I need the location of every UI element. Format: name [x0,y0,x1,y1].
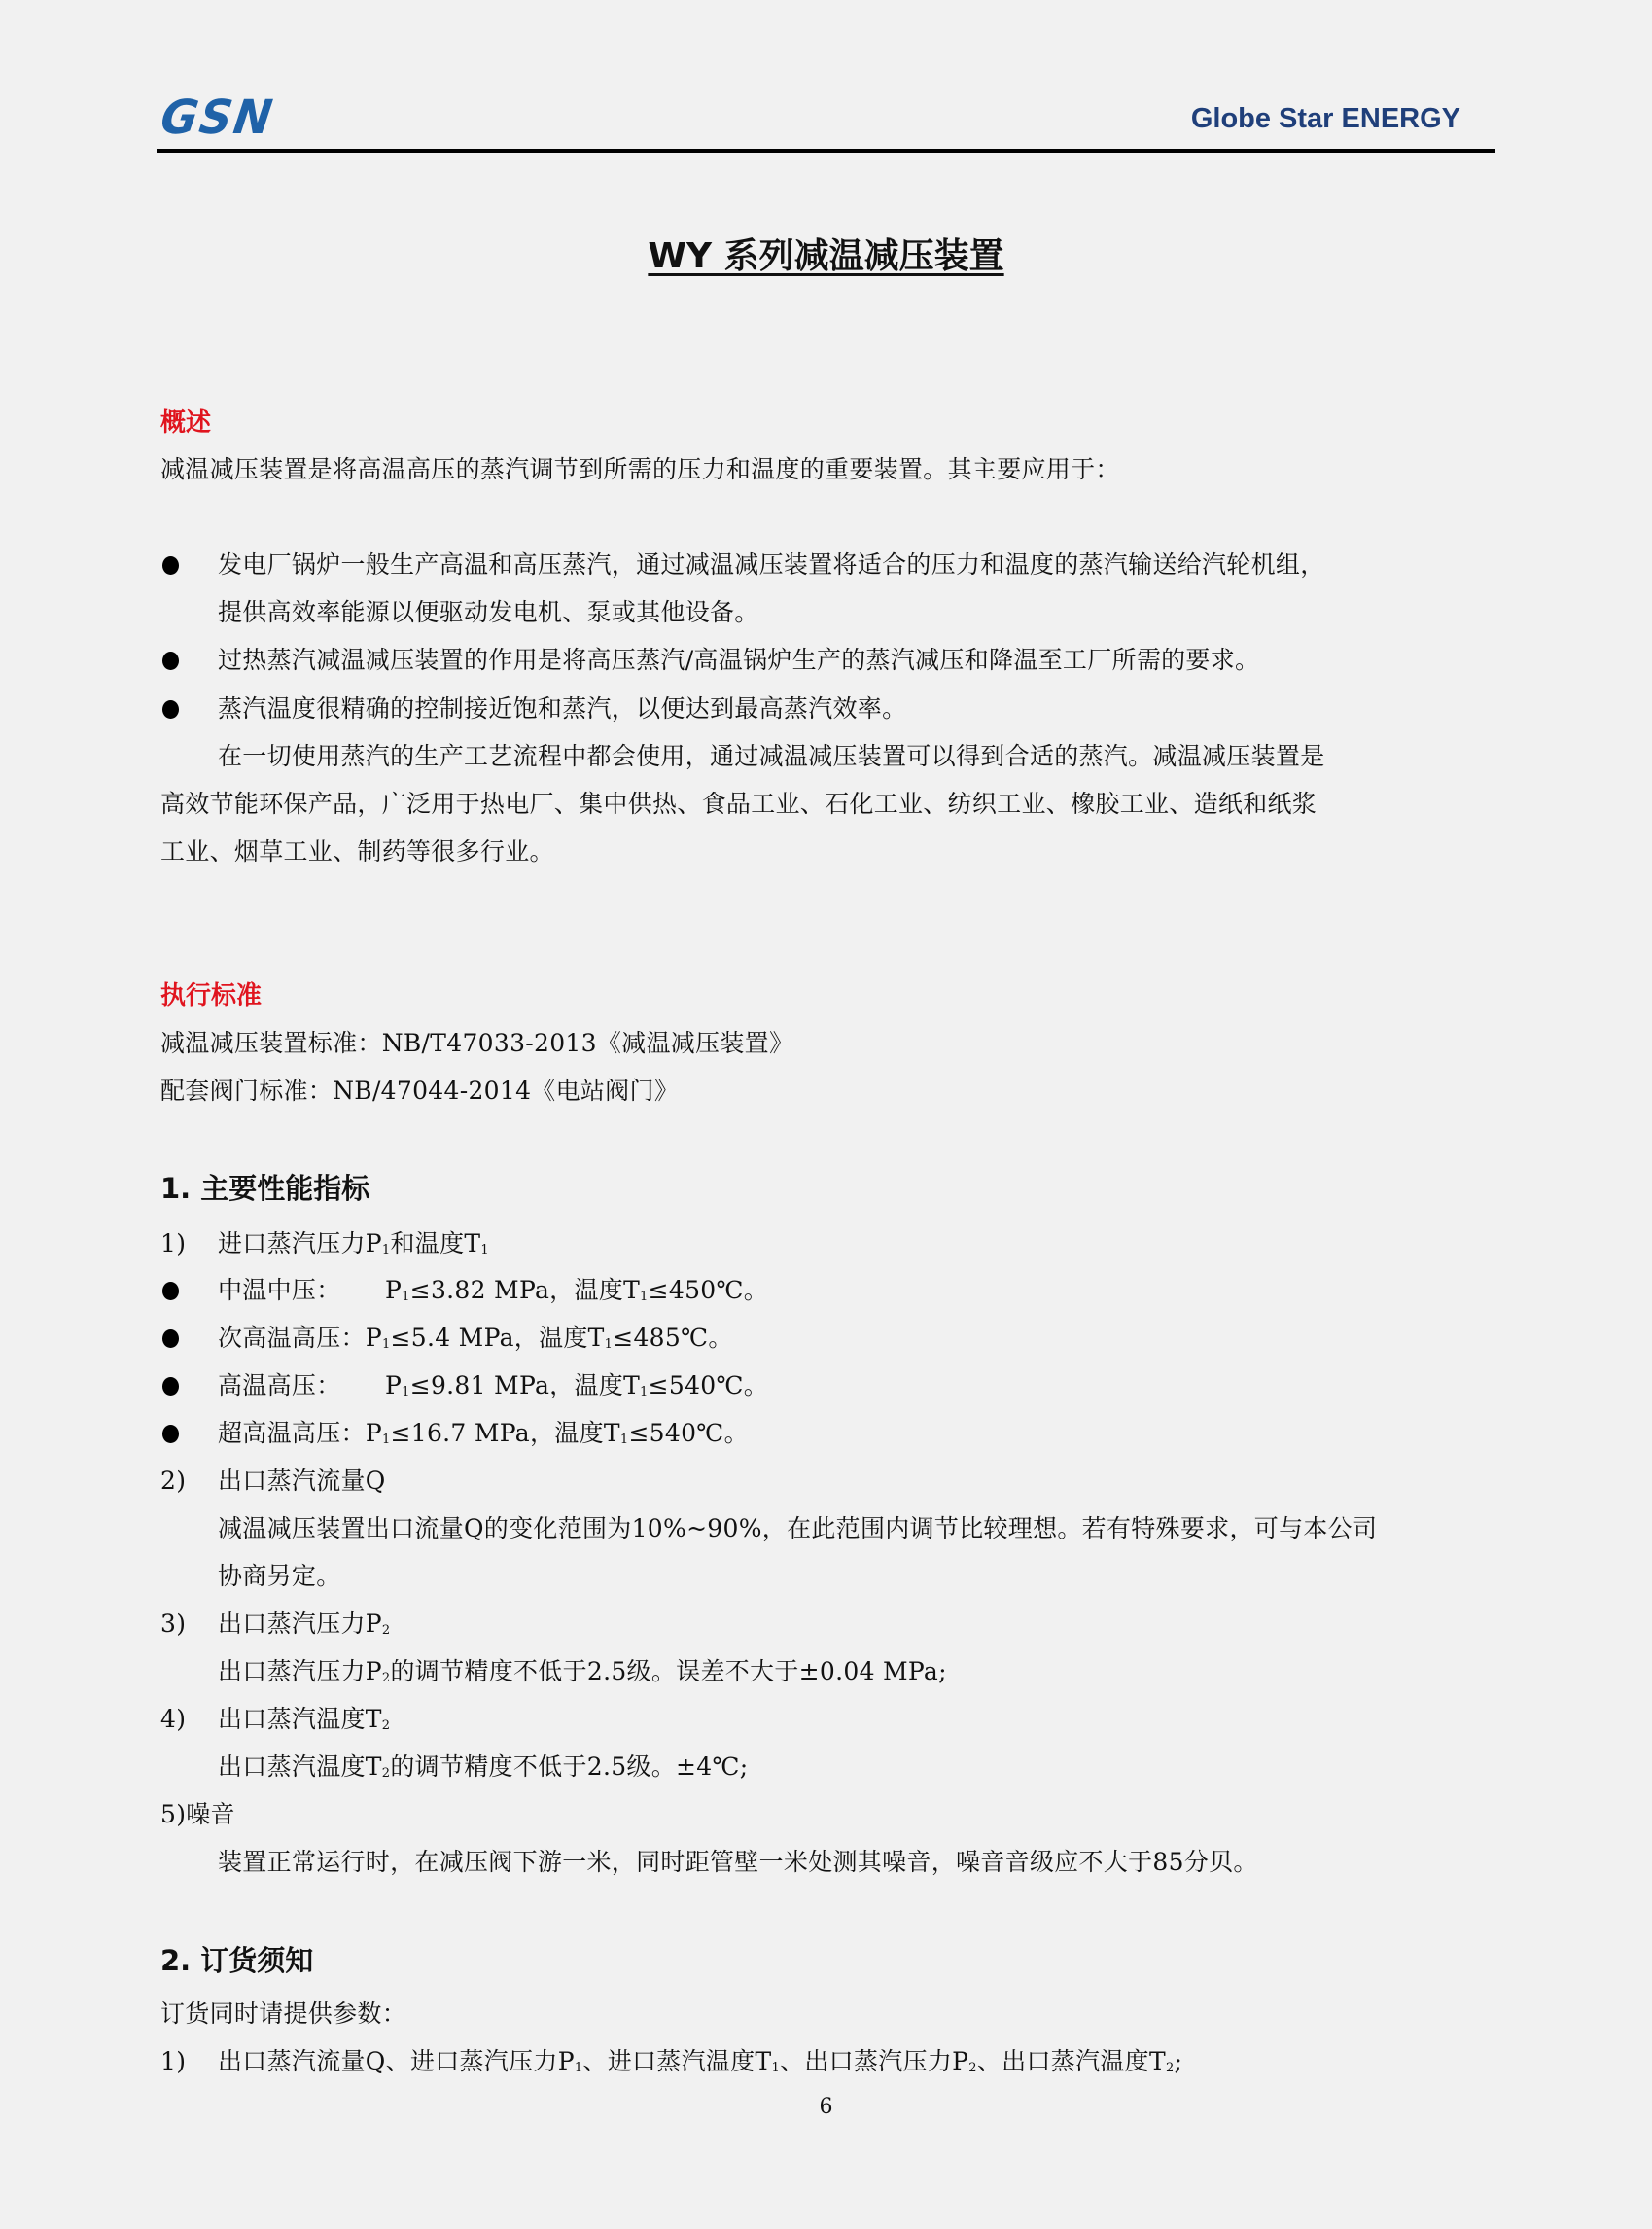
param-text: 出口蒸汽流量Q、进口蒸汽压力P [218,2047,575,2075]
subscript: 1 [605,1337,614,1352]
subscript: 1 [402,1385,410,1399]
overview-paragraph-line-2: 高效节能环保产品，广泛用于热电厂、集中供热、食品工业、石化工业、纺织工业、橡胶工… [160,788,1317,821]
bullet-icon [162,1282,179,1300]
bullet-icon [162,1425,179,1443]
item-label: 出口蒸汽温度T [218,1705,382,1733]
desc-text: 的调节精度不低于2.5级。误差不大于±0.04 MPa; [391,1657,947,1685]
item-4-outlet-temperature: 4)出口蒸汽温度T2 [160,1703,390,1736]
param-text: 、进口蒸汽温度T [582,2047,771,2075]
grade-t-value: ≤540℃。 [649,1371,768,1399]
grade-row: 次高温高压：P1≤5.4 MPa，温度T1≤485℃。 [218,1322,733,1355]
document-title-text: WY 系列减温减压装置 [648,236,1003,276]
grade-row: 超高温高压：P1≤16.7 MPa，温度T1≤540℃。 [218,1417,749,1450]
order-item-1: 1)出口蒸汽流量Q、进口蒸汽压力P1、进口蒸汽温度T1、出口蒸汽压力P2、出口蒸… [160,2045,1182,2078]
item-2-outlet-flow: 2)出口蒸汽流量Q [160,1465,386,1498]
grade-p: P [366,1324,382,1352]
item-label: 和温度T [391,1229,481,1257]
subscript: 1 [382,1243,391,1257]
bullet-icon [162,1377,179,1396]
subscript: 1 [640,1290,649,1304]
item-3-outlet-pressure: 3)出口蒸汽压力P2 [160,1608,391,1641]
grade-p-value: ≤3.82 MPa，温度T [410,1276,640,1304]
param-text: ; [1175,2047,1183,2075]
bullet-icon [162,556,179,575]
grade-t-value: ≤540℃。 [628,1419,748,1447]
gsn-logo: GSN [158,92,276,141]
grade-t-value: ≤450℃。 [649,1276,768,1304]
section-1-heading: 1. 主要性能指标 [160,1170,369,1207]
subscript: 2 [968,2061,977,2075]
item-5-noise: 5)噪音 [160,1798,235,1831]
subscript: 1 [771,2061,780,2075]
grade-name: 超高温高压： [218,1419,366,1447]
page-number: 6 [0,2093,1652,2122]
overview-heading: 概述 [160,407,211,440]
grade-name: 高温高压： [218,1369,385,1402]
item-4-desc: 出口蒸汽温度T2的调节精度不低于2.5级。±4℃; [218,1751,748,1784]
item-number: 4) [160,1703,218,1736]
standards-heading: 执行标准 [160,979,262,1012]
grade-row: 中温中压：P1≤3.82 MPa，温度T1≤450℃。 [218,1274,768,1307]
bullet-2: 过热蒸汽减温减压装置的作用是将高压蒸汽/高温锅炉生产的蒸汽减压和降温至工厂所需的… [218,644,1259,677]
desc-text: 出口蒸汽温度T [218,1752,382,1781]
bullet-icon [162,652,179,670]
document-title: WY 系列减温减压装置 [0,233,1652,280]
desc-text: 的调节精度不低于2.5级。±4℃; [390,1752,748,1781]
desc-text: 出口蒸汽压力P [218,1657,382,1685]
grade-row: 高温高压：P1≤9.81 MPa，温度T1≤540℃。 [218,1369,768,1402]
overview-paragraph-line-1: 在一切使用蒸汽的生产工艺流程中都会使用，通过减温减压装置可以得到合适的蒸汽。减温… [218,740,1325,773]
bullet-icon [162,700,179,719]
subscript: 2 [1166,2061,1175,2075]
param-text: 、出口蒸汽温度T [977,2047,1166,2075]
subscript: 1 [640,1385,649,1399]
item-3-desc: 出口蒸汽压力P2的调节精度不低于2.5级。误差不大于±0.04 MPa; [218,1655,947,1688]
subscript: 1 [382,1337,391,1352]
grade-p: P [366,1419,382,1447]
item-number: 1) [160,1227,218,1260]
item-number: 2) [160,1465,218,1498]
item-label: 出口蒸汽压力P [218,1610,382,1638]
grade-p-value: ≤9.81 MPa，温度T [410,1371,640,1399]
grade-name: 中温中压： [218,1274,385,1307]
param-text: 、出口蒸汽压力P [780,2047,968,2075]
grade-p: P [385,1371,402,1399]
standard-line-2: 配套阀门标准：NB/47044-2014《电站阀门》 [160,1075,679,1108]
item-1-inlet: 1)进口蒸汽压力P1和温度T1 [160,1227,489,1260]
subscript: 1 [402,1290,410,1304]
subscript: 2 [382,1671,391,1685]
grade-p: P [385,1276,402,1304]
grade-name: 次高温高压： [218,1324,366,1352]
item-number: 3) [160,1608,218,1641]
section-2-heading: 2. 订货须知 [160,1942,313,1979]
standard-line-1: 减温减压装置标准：NB/T47033-2013《减温减压装置》 [160,1027,793,1060]
item-number: 1) [160,2045,218,2078]
grade-p-value: ≤5.4 MPa，温度T [391,1324,605,1352]
subscript: 1 [480,1243,489,1257]
overview-intro: 减温减压装置是将高温高压的蒸汽调节到所需的压力和温度的重要装置。其主要应用于： [160,453,1120,486]
grade-p-value: ≤16.7 MPa，温度T [391,1419,620,1447]
item-label: 进口蒸汽压力P [218,1229,382,1257]
bullet-1-line-1: 发电厂锅炉一般生产高温和高压蒸汽，通过减温减压装置将适合的压力和温度的蒸汽输送给… [218,548,1325,582]
item-2-desc-line-2: 协商另定。 [218,1560,341,1593]
subscript: 2 [382,1623,391,1638]
subscript: 1 [382,1433,391,1447]
order-intro: 订货同时请提供参数： [160,1998,406,2031]
item-5-desc: 装置正常运行时，在减压阀下游一米，同时距管壁一米处测其噪音，噪音音级应不大于85… [218,1846,1258,1879]
item-2-desc-line-1: 减温减压装置出口流量Q的变化范围为10%~90%，在此范围内调节比较理想。若有特… [218,1512,1377,1545]
subscript: 2 [382,1718,391,1733]
bullet-icon [162,1329,179,1348]
bullet-3: 蒸汽温度很精确的控制接近饱和蒸汽，以便达到最高蒸汽效率。 [218,692,906,725]
item-label: 出口蒸汽流量Q [218,1467,386,1495]
brand-name: Globe Star ENERGY [1191,101,1460,136]
bullet-1-line-2: 提供高效率能源以便驱动发电机、泵或其他设备。 [218,596,759,629]
header-divider [157,149,1495,153]
overview-paragraph-line-3: 工业、烟草工业、制药等很多行业。 [160,835,554,868]
grade-t-value: ≤485℃。 [613,1324,732,1352]
